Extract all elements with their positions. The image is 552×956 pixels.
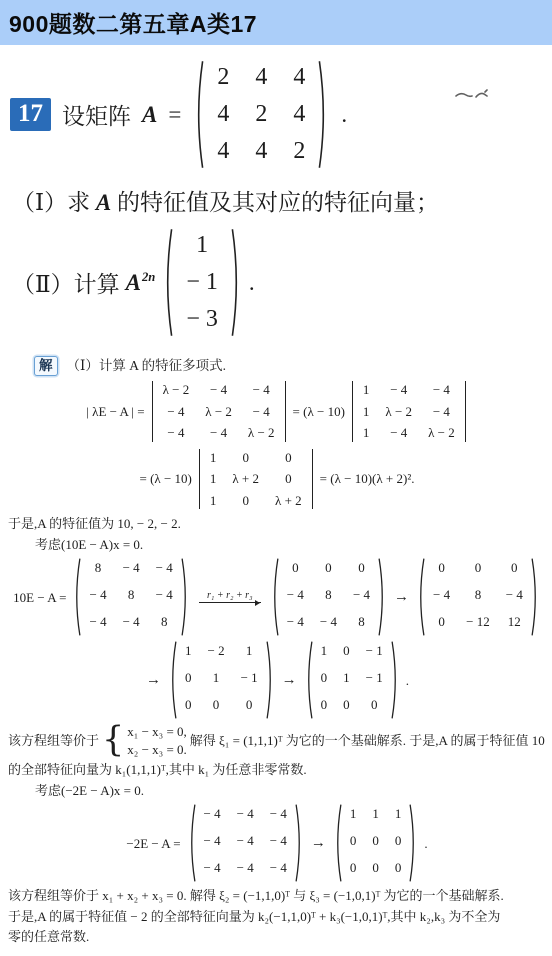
right-paren [378, 557, 386, 637]
sentence-period: . [341, 102, 347, 128]
exponent-2n: 2n [142, 270, 155, 284]
equation-char-poly-1: | λE − A | = λ − 2− 4− 4− 4λ − 2− 4− 4− … [8, 379, 546, 444]
right-paren [531, 557, 539, 637]
problem-part1: （Ⅰ）求 A 的特征值及其对应的特征向量； [12, 184, 540, 217]
system1-eq-a: x₁ − x₃ = 0, [127, 723, 186, 741]
matrix-rref-neg2E-entries: 111000000 [342, 803, 410, 883]
vector-b-entries: 1− 1− 3 [173, 227, 231, 338]
left-paren [271, 557, 279, 637]
scan-artifact-mark [454, 89, 490, 101]
equation-char-poly-2: = (λ − 10) 1001λ + 2010λ + 2 = (λ − 10)(… [8, 447, 546, 512]
part2-prefix: （Ⅱ）计算 [12, 266, 120, 299]
sentence-period: . [249, 270, 255, 296]
right-paren [231, 227, 241, 338]
arrow-icon: → [281, 669, 298, 692]
matrix-name-A: A [142, 102, 157, 128]
matrix-step-4: 1− 2101− 1000 [169, 640, 274, 720]
determinant-3: 1001λ + 2010λ + 2 [199, 447, 313, 512]
matrix-step-3: 000− 48− 40− 1212 [417, 557, 539, 637]
vector-b: 1− 1− 3 [163, 227, 241, 338]
determinant-1-entries: λ − 2− 4− 4− 4λ − 2− 4− 4− 4λ − 2 [153, 379, 285, 444]
solution-step1-line: 解 （Ⅰ）计算 A 的特征多项式. [8, 356, 546, 376]
eigenvector-neg2-line-1: 于是,A 的属于特征值 − 2 的全部特征向量为 k₂(−1,1,0)ᵀ + k… [8, 907, 546, 927]
arrow-icon: → [145, 669, 162, 692]
right-paren [295, 803, 303, 883]
system1-eq-b: x₂ − x₃ = 0. [127, 741, 186, 759]
document-page: 900题数二第五章A类17 17 设矩阵 A = 244424442 . （Ⅰ）… [0, 0, 552, 956]
consider-10E-line: 考虑(10E − A)x = 0. [8, 535, 546, 555]
determinant-3-entries: 1001λ + 2010λ + 2 [200, 447, 312, 512]
problem-part2: （Ⅱ）计算 A2n 1− 1− 3 . [12, 227, 540, 338]
eq5-lhs: −2E − A = [126, 834, 180, 854]
equation-10E-reduction-2: → 1− 2101− 1000 → 10− 101− 1000 . [8, 640, 546, 720]
equation-10E-reduction-1: 10E − A = 8− 4− 4− 48− 4− 4− 48 r₁ + r₂ … [8, 557, 546, 637]
right-paren [266, 640, 274, 720]
determinant-2-entries: 1− 4− 41λ − 2− 41− 4λ − 2 [353, 379, 465, 444]
eq1-mid: = (λ − 10) [293, 402, 345, 422]
det-bar [465, 381, 466, 442]
consider-neg2E-line: 考虑(−2E − A)x = 0. [8, 781, 546, 801]
determinant-1: λ − 2− 4− 4− 4λ − 2− 4− 4− 4λ − 2 [152, 379, 286, 444]
system-eigenvalue-10-line: 该方程组等价于 { x₁ − x₃ = 0, x₂ − x₃ = 0. 解得 ξ… [8, 723, 546, 758]
part1-suffix: 的特征值及其对应的特征向量； [111, 190, 439, 215]
matrix-rref-neg2E: 111000000 [334, 803, 418, 883]
eq2-rhs: = (λ − 10)(λ + 2)². [320, 469, 415, 489]
matrix-neg2E-A: − 4− 4− 4− 4− 4− 4− 4− 4− 4 [188, 803, 303, 883]
solution-section: 解 （Ⅰ）计算 A 的特征多项式. | λE − A | = λ − 2− 4−… [0, 348, 552, 956]
arrow-icon: → [310, 832, 327, 855]
left-paren [194, 59, 204, 170]
arrow-icon: → [393, 586, 410, 609]
problem-section: 17 设矩阵 A = 244424442 . （Ⅰ）求 A 的特征值及其对应的特… [0, 45, 552, 348]
matrix-rref-10E: 10− 101− 1000 [305, 640, 399, 720]
row-op-arrow: r₁ + r₂ + r₃ [199, 591, 261, 603]
matrix-neg2E-A-entries: − 4− 4− 4− 4− 4− 4− 4− 4− 4 [196, 803, 295, 883]
system1-equations: x₁ − x₃ = 0, x₂ − x₃ = 0. [127, 723, 186, 758]
brace-icon: { [102, 726, 124, 756]
page-title: 900题数二第五章A类17 [9, 6, 257, 39]
solution-tag-badge: 解 [34, 356, 58, 376]
arrow-line [199, 602, 261, 603]
left-paren [305, 640, 313, 720]
equation-neg2E-reduction: −2E − A = − 4− 4− 4− 4− 4− 4− 4− 4− 4 → … [8, 803, 546, 883]
left-paren [188, 803, 196, 883]
sentence-period: . [424, 834, 427, 854]
determinant-2: 1− 4− 41λ − 2− 41− 4λ − 2 [352, 379, 466, 444]
problem-intro-text: 设矩阵 [62, 98, 131, 131]
A-power-2n: A2n [126, 270, 156, 296]
system-eigenvalue-neg2-line: 该方程组等价于 x₁ + x₂ + x₃ = 0. 解得 ξ₂ = (−1,1,… [8, 886, 546, 906]
matrix-A: 244424442 [194, 59, 328, 170]
left-paren [334, 803, 342, 883]
sentence-period: . [406, 671, 409, 691]
matrix-name-A: A [126, 270, 141, 295]
matrix-step-3-entries: 000− 48− 40− 1212 [425, 557, 531, 637]
header-bar: 900题数二第五章A类17 [0, 0, 552, 45]
right-paren [391, 640, 399, 720]
det-bar [312, 449, 313, 510]
right-paren [409, 803, 417, 883]
eigenvector-neg2-line-2: 零的任意常数. [8, 927, 546, 947]
left-paren [163, 227, 173, 338]
eq3-lhs: 10E − A = [13, 588, 66, 608]
matrix-A-entries: 244424442 [204, 59, 318, 170]
eq2-lhs: = (λ − 10) [140, 469, 192, 489]
eq1-lhs: | λE − A | = [86, 402, 144, 422]
left-paren [169, 640, 177, 720]
matrix-rref-10E-entries: 10− 101− 1000 [313, 640, 391, 720]
matrix-step-2: 000− 48− 4− 4− 48 [271, 557, 386, 637]
eigenvalues-line: 于是,A 的特征值为 10, − 2, − 2. [8, 514, 546, 534]
matrix-10E-A: 8− 4− 4− 48− 4− 4− 48 [73, 557, 188, 637]
system1-suffix: 解得 ξ₁ = (1,1,1)ᵀ 为它的一个基础解系. 于是,A 的属于特征值 … [190, 731, 545, 751]
row-op-label: r₁ + r₂ + r₃ [207, 591, 253, 601]
det-bar [285, 381, 286, 442]
matrix-step-4-entries: 1− 2101− 1000 [177, 640, 266, 720]
left-paren [73, 557, 81, 637]
problem-statement-line: 17 设矩阵 A = 244424442 . [10, 59, 540, 170]
eigenvector-10-line: 的全部特征向量为 k₁(1,1,1)ᵀ,其中 k₁ 为任意非零常数. [8, 760, 546, 780]
right-paren [181, 557, 189, 637]
equals-sign: = [168, 102, 181, 128]
problem-number-badge: 17 [10, 98, 51, 131]
matrix-10E-A-entries: 8− 4− 4− 48− 4− 4− 48 [81, 557, 180, 637]
matrix-step-2-entries: 000− 48− 4− 4− 48 [279, 557, 378, 637]
system1-prefix: 该方程组等价于 [8, 731, 99, 751]
step1-text: （Ⅰ）计算 A 的特征多项式. [67, 356, 226, 376]
part1-prefix: （Ⅰ）求 [12, 190, 96, 215]
left-paren [417, 557, 425, 637]
right-paren [318, 59, 328, 170]
matrix-name-A: A [96, 190, 111, 215]
